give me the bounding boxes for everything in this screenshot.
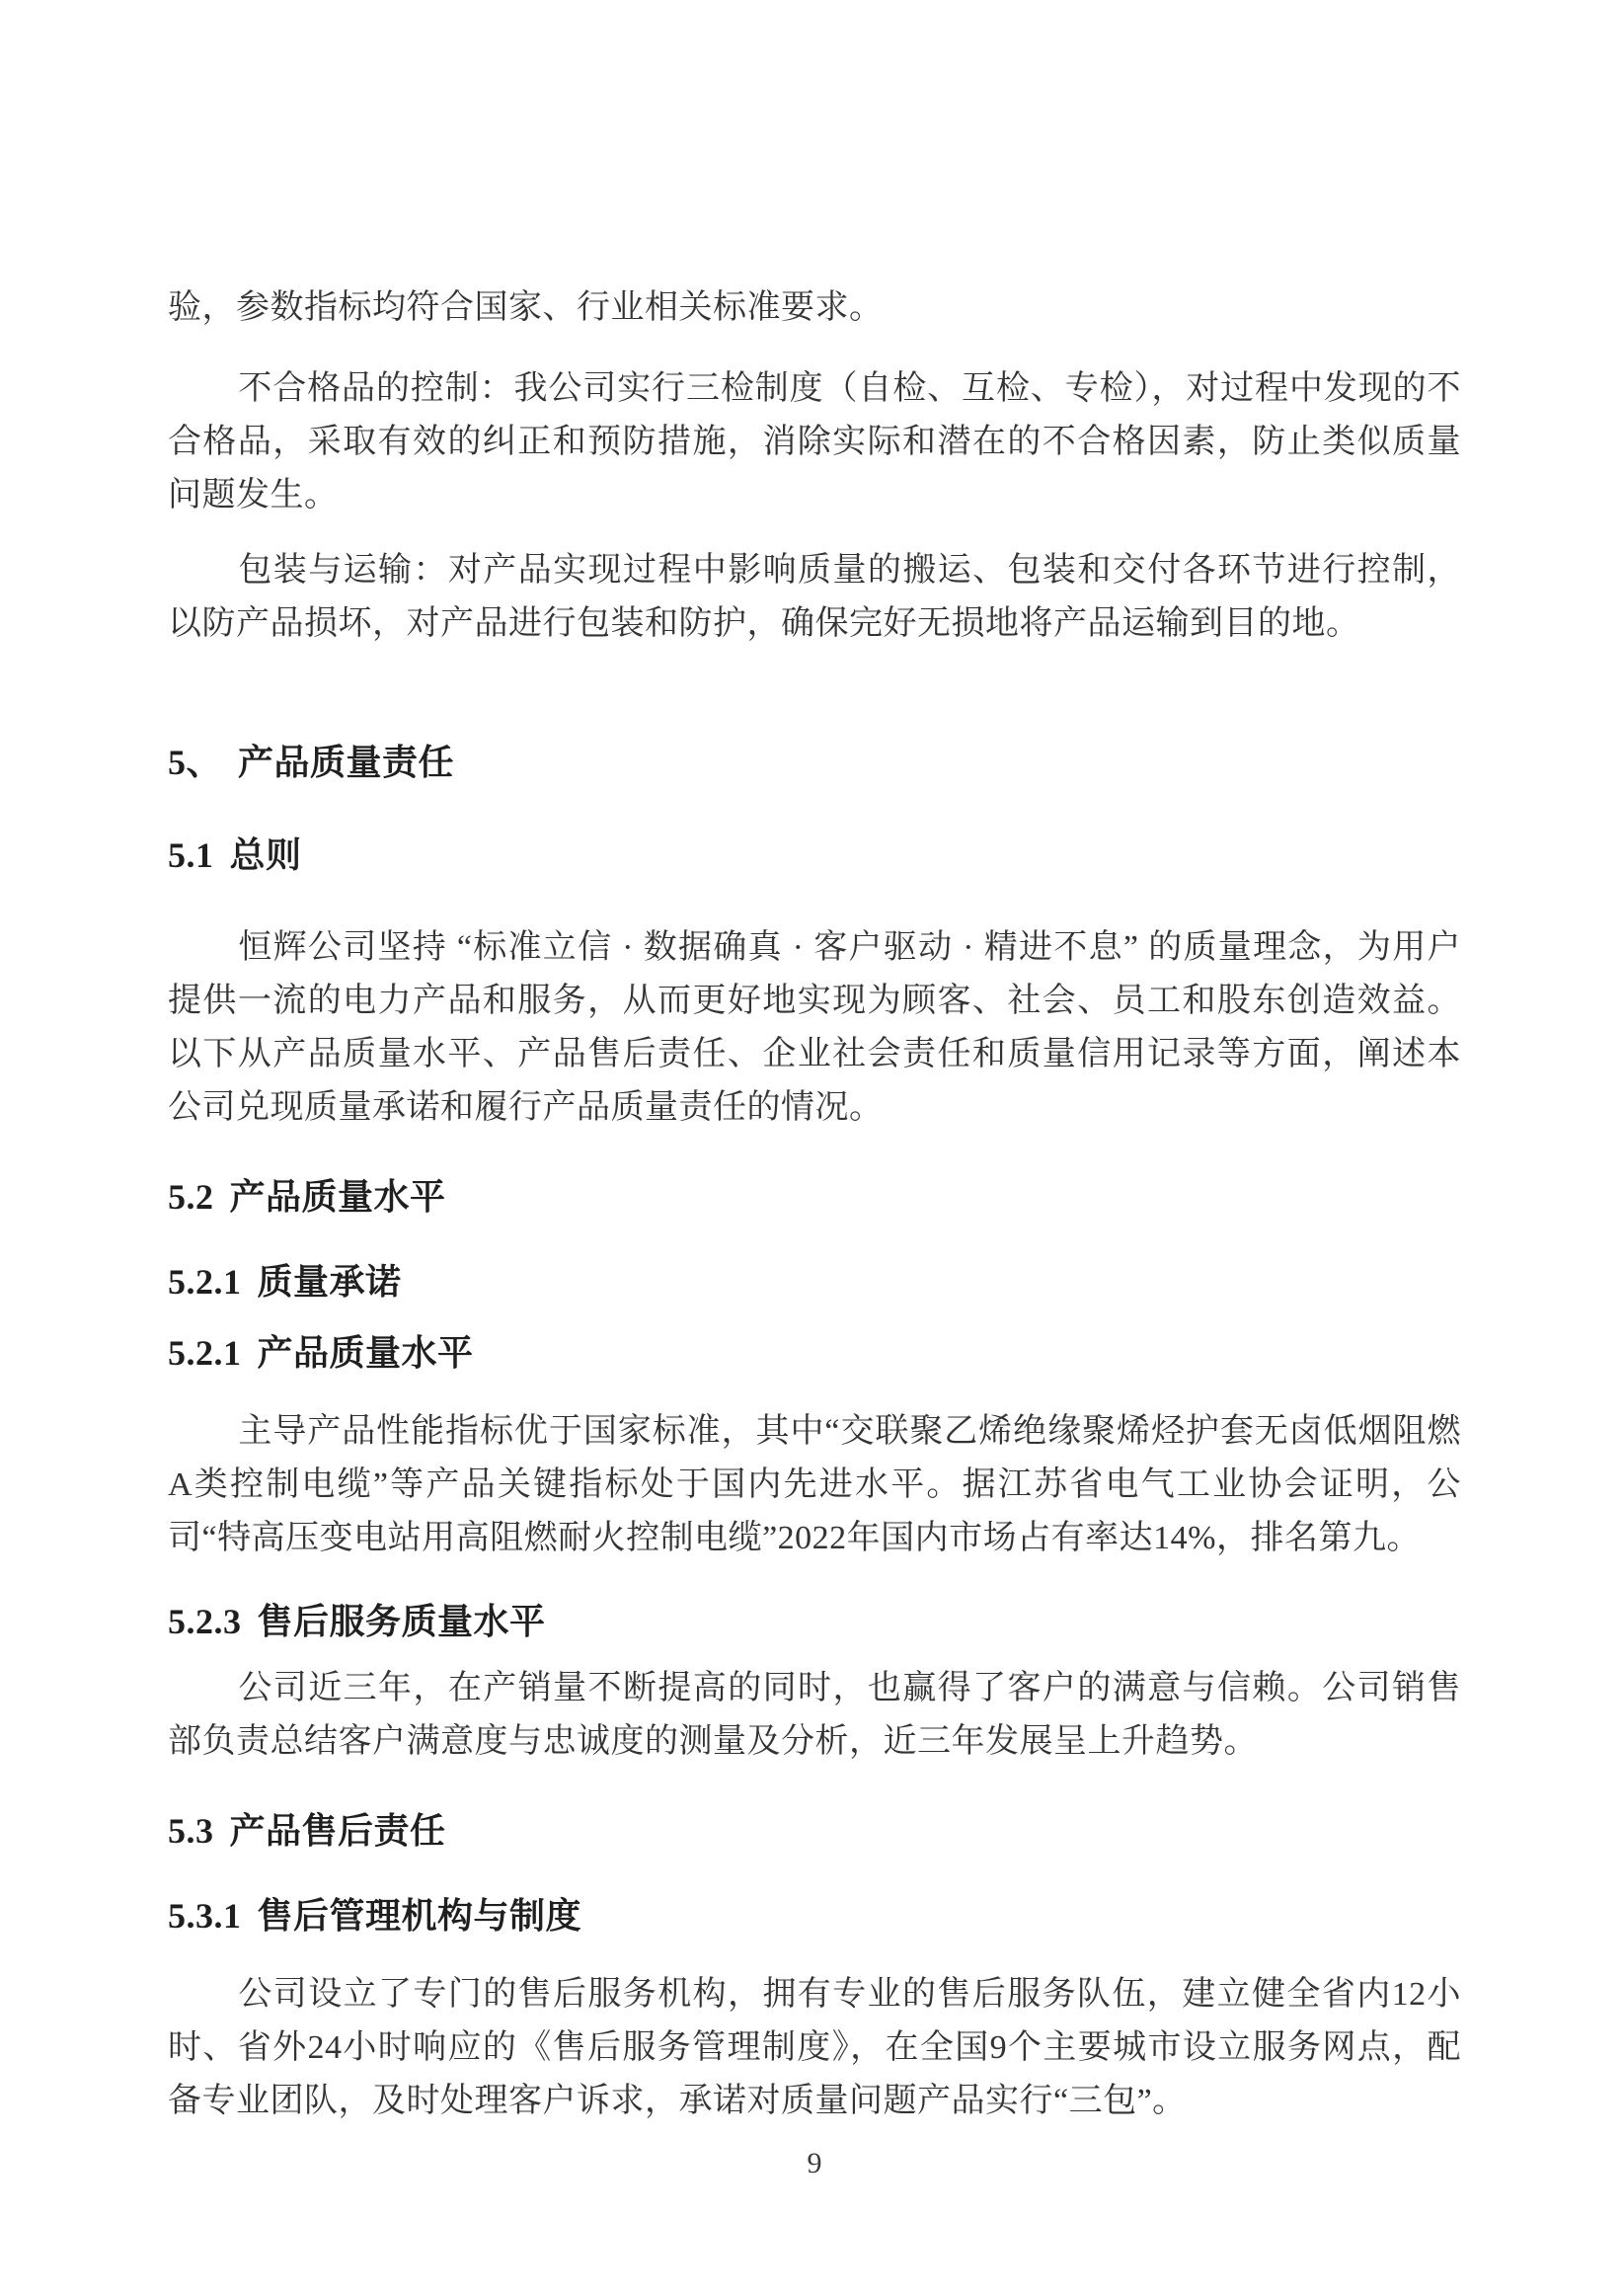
- section-heading-5-2-3: 5.2.3售后服务质量水平: [168, 1597, 1461, 1646]
- section-title: 产品售后责任: [230, 1811, 446, 1851]
- section-number: 5.2.1: [168, 1262, 242, 1302]
- section-title: 总则: [230, 835, 302, 875]
- page-number: 9: [168, 2144, 1461, 2183]
- paragraph-nonconforming-control: 不合格品的控制：我公司实行三检制度（自检、互检、专检），对过程中发现的不合格品，…: [168, 362, 1461, 522]
- section-heading-5-1: 5.1总则: [168, 831, 1461, 880]
- paragraph-product-quality-level: 主导产品性能指标优于国家标准，其中“交联聚乙烯绝缘聚烯烃护套无卤低烟阻燃A类控制…: [168, 1405, 1461, 1565]
- section-number: 5.2: [168, 1177, 214, 1217]
- section-number: 5.1: [168, 835, 214, 875]
- section-title: 产品质量责任: [238, 743, 454, 782]
- section-heading-5-3-1: 5.3.1售后管理机构与制度: [168, 1891, 1461, 1940]
- page-content: 验，参数指标均符合国家、行业相关标准要求。 不合格品的控制：我公司实行三检制度（…: [0, 281, 1623, 2183]
- section-number: 5.3.1: [168, 1896, 242, 1936]
- section-number: 5.3: [168, 1811, 214, 1851]
- section-heading-5: 5、产品质量责任: [168, 738, 1461, 787]
- paragraph-quality-principles: 恒辉公司坚持 “标准立信 · 数据确真 · 客户驱动 · 精进不息” 的质量理念…: [168, 921, 1461, 1135]
- section-title: 售后服务质量水平: [258, 1602, 546, 1641]
- section-title: 产品质量水平: [258, 1333, 474, 1373]
- section-title: 售后管理机构与制度: [258, 1896, 582, 1936]
- section-number: 5、: [168, 743, 222, 782]
- section-title: 产品质量水平: [230, 1177, 446, 1217]
- paragraph-packaging-transport: 包装与运输：对产品实现过程中影响质量的搬运、包装和交付各环节进行控制，以防产品损…: [168, 544, 1461, 651]
- section-heading-5-2-1-commitment: 5.2.1质量承诺: [168, 1257, 1461, 1306]
- paragraph-after-sales-organization: 公司设立了专门的售后服务机构，拥有专业的售后服务队伍，建立健全省内12小时、省外…: [168, 1968, 1461, 2128]
- document-page: 验，参数指标均符合国家、行业相关标准要求。 不合格品的控制：我公司实行三检制度（…: [0, 0, 1623, 2296]
- section-title: 质量承诺: [258, 1262, 402, 1302]
- paragraph-after-sales-quality: 公司近三年，在产销量不断提高的同时，也赢得了客户的满意与信赖。公司销售部负责总结…: [168, 1662, 1461, 1769]
- section-heading-5-2: 5.2产品质量水平: [168, 1172, 1461, 1222]
- section-number: 5.2.1: [168, 1333, 242, 1373]
- paragraph-continuation: 验，参数指标均符合国家、行业相关标准要求。: [168, 281, 1461, 335]
- section-heading-5-3: 5.3产品售后责任: [168, 1806, 1461, 1856]
- section-number: 5.2.3: [168, 1602, 242, 1641]
- section-heading-5-2-1-quality-level: 5.2.1产品质量水平: [168, 1328, 1461, 1378]
